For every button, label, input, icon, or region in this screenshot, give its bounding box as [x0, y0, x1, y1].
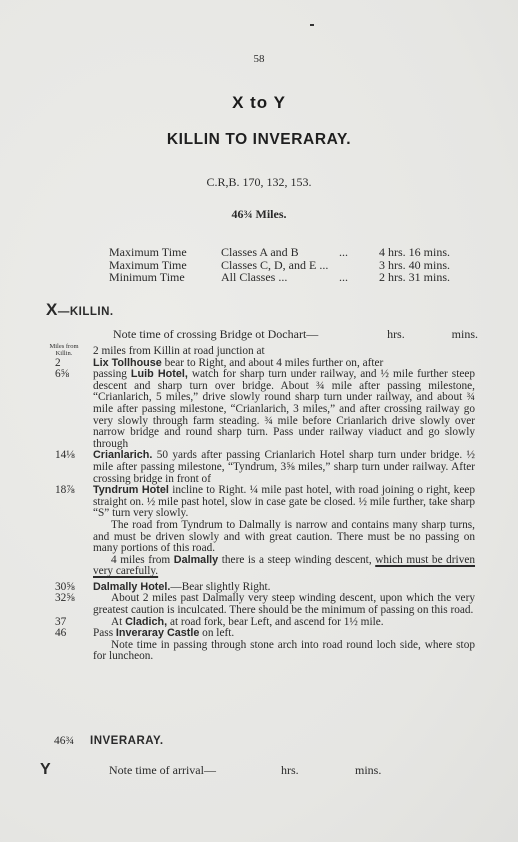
place-name: Luib Hotel, — [131, 368, 188, 380]
route-title: KILLIN TO INVERARAY. — [0, 131, 518, 149]
page-heading: X to Y — [0, 93, 518, 113]
time-row: Minimum Time All Classes ... ... 2 hrs. … — [109, 271, 479, 284]
caution-paragraph: 4 miles from Dalmally there is a steep w… — [47, 555, 475, 578]
crb-reference: C.R,B. 170, 132, 153. — [0, 175, 518, 190]
print-mark — [310, 24, 314, 26]
place-name: Cladich, — [125, 616, 167, 628]
time-table: Maximum Time Classes A and B ... 4 hrs. … — [109, 246, 479, 284]
start-marker: X — [46, 300, 58, 319]
destination-row: 46¾ INVERARAY. — [54, 735, 164, 747]
destination-miles: 46¾ — [54, 735, 90, 747]
time-row: Maximum Time Classes A and B ... 4 hrs. … — [109, 246, 479, 259]
place-name: Dalmally — [174, 554, 218, 566]
route-entry: 6⅝ passing Luib Hotel, watch for sharp t… — [47, 369, 475, 450]
route-distance: 46¾ Miles. — [0, 207, 518, 222]
page-number: 58 — [0, 53, 518, 65]
end-marker: Y — [40, 761, 109, 779]
start-note: Note time of crossing Bridge ot Dochart—… — [113, 327, 478, 342]
luncheon-note: Note time in passing through stone arch … — [47, 640, 475, 663]
destination-name: INVERARAY. — [90, 735, 164, 747]
place-name: Inveraray Castle — [116, 627, 199, 639]
start-heading: X—KILLIN. — [46, 300, 114, 320]
route-entry: 32⅝ About 2 miles past Dalmally very ste… — [47, 593, 475, 616]
place-name: Dalmally Hotel. — [93, 581, 170, 593]
place-name: Lix Tollhouse — [93, 357, 162, 369]
start-name: —KILLIN. — [58, 306, 114, 318]
route-entry: 14⅛ Crianlarich. 50 yards after passing … — [47, 450, 475, 485]
caution-paragraph: The road from Tyndrum to Dalmally is nar… — [47, 520, 475, 555]
arrival-note: Y Note time of arrival— hrs. mins. — [40, 761, 381, 779]
place-name: Crianlarich. — [93, 449, 152, 461]
route-directions: 2 miles from Killin at road junction at … — [47, 346, 475, 663]
place-name: Tyndrum Hotel — [93, 484, 169, 496]
route-entry: 18⅞ Tyndrum Hotel incline to Right. ¼ mi… — [47, 485, 475, 520]
